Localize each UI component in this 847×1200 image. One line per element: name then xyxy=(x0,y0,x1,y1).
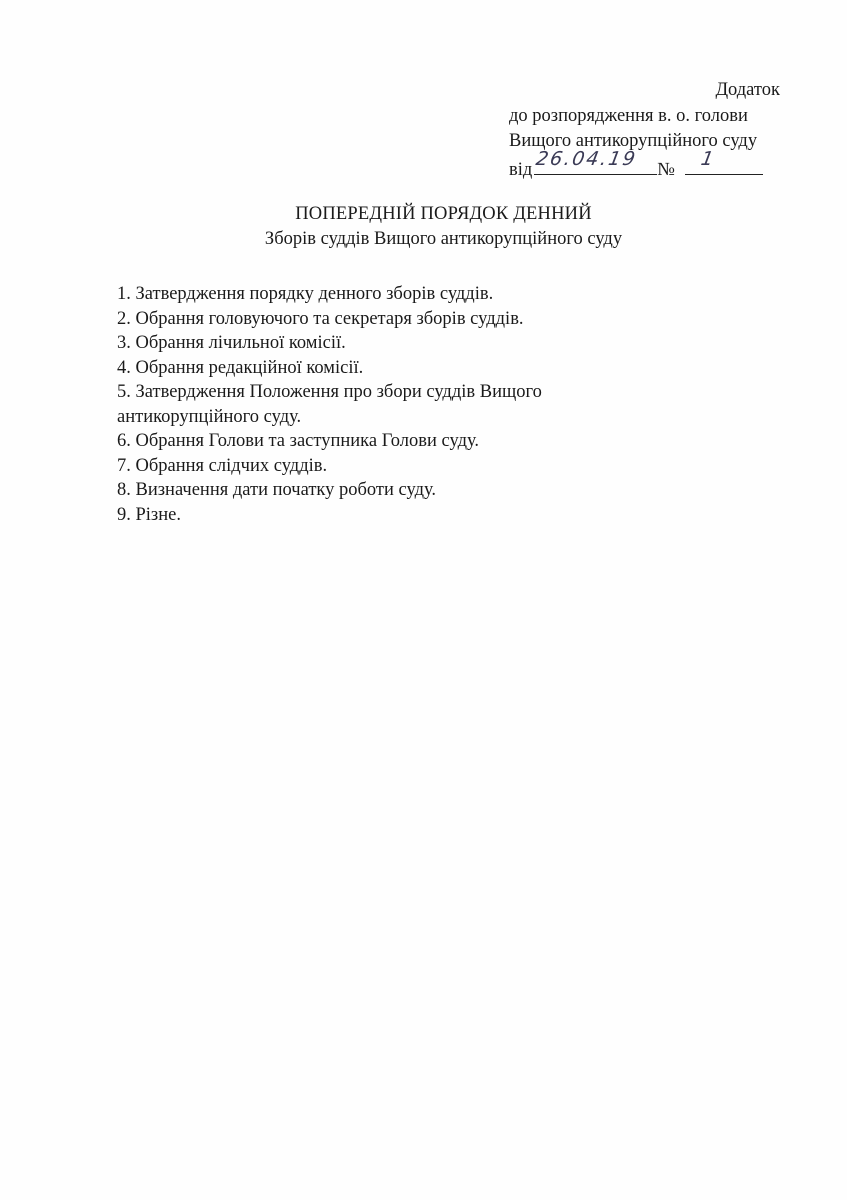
agenda-item: 8. Визначення дати початку роботи суду. xyxy=(117,478,542,503)
agenda-item: 3. Обрання лічильної комісії. xyxy=(117,331,542,356)
agenda-item: 9. Різне. xyxy=(117,503,542,528)
document-subtitle: Зборів суддів Вищого антикорупційного су… xyxy=(0,229,847,250)
date-prefix: від xyxy=(509,158,532,184)
agenda-item: 7. Обрання слідчих суддів. xyxy=(117,454,542,479)
annex-date-number-line: від 26.04.19 № 1 xyxy=(509,155,784,184)
number-prefix: № xyxy=(657,158,675,184)
agenda-item: 2. Обрання головуючого та секретаря збор… xyxy=(117,307,542,332)
agenda-item: 4. Обрання редакційної комісії. xyxy=(117,356,542,381)
date-field: 26.04.19 xyxy=(534,155,657,175)
agenda-item: 1. Затвердження порядку денного зборів с… xyxy=(117,282,542,307)
annex-order-reference: до розпорядження в. о. голови xyxy=(509,104,784,130)
document-title: ПОПЕРЕДНІЙ ПОРЯДОК ДЕННИЙ xyxy=(0,204,847,225)
document-page: Додаток до розпорядження в. о. голови Ви… xyxy=(0,0,847,1200)
annex-label: Додаток xyxy=(509,78,784,104)
agenda-item-continuation: антикорупційного суду. xyxy=(117,405,542,430)
annex-block: Додаток до розпорядження в. о. голови Ви… xyxy=(509,78,784,183)
agenda-item: 6. Обрання Голови та заступника Голови с… xyxy=(117,429,542,454)
number-field: 1 xyxy=(685,155,763,175)
handwritten-date: 26.04.19 xyxy=(534,147,639,173)
agenda-list: 1. Затвердження порядку денного зборів с… xyxy=(117,282,542,527)
agenda-item: 5. Затвердження Положення про збори судд… xyxy=(117,380,542,405)
handwritten-number: 1 xyxy=(699,147,718,173)
